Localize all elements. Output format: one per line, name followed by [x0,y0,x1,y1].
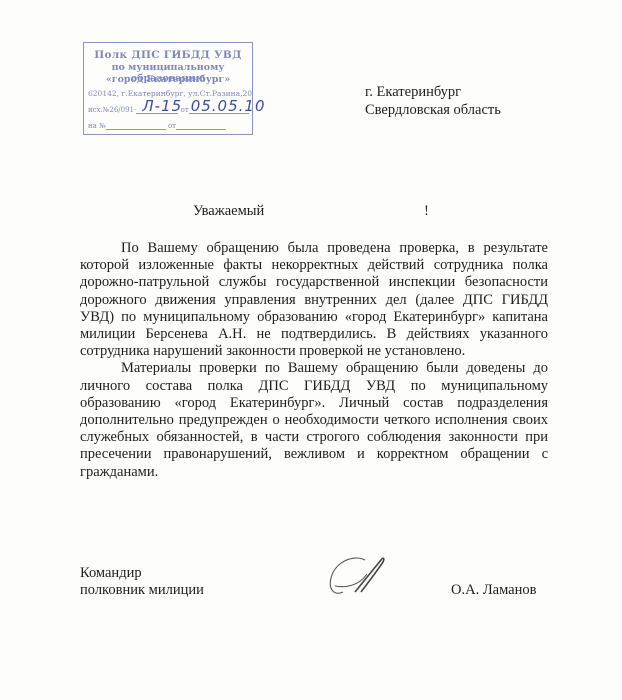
addressee-region: Свердловская область [365,101,501,119]
body-paragraph: По Вашему обращению была проведена прове… [80,240,548,360]
stamp-outgoing-row: исх.№26/091-Л-15 от05.05.10 [88,103,248,117]
signatory-title: Командир [80,565,204,582]
stamp-outgoing-prefix: исх.№26/091- [88,106,136,114]
stamp-reply-date-prefix: от [168,122,176,130]
greeting-exclamation: ! [424,203,429,220]
stamp-reply-date-field [176,119,226,130]
letter-body: По Вашему обращению была проведена прове… [80,240,548,481]
stamp-org-line3: «город Екатеринбург» [84,74,252,85]
greeting: Уважаемый ! [193,203,264,220]
stamp-outgoing-field: Л-15 [136,103,178,114]
letter-page: Полк ДПС ГИБДД УВД по муниципальному обр… [0,0,622,700]
signatory-position: Командир полковник милиции [80,565,204,599]
signatory-name: О.А. Ламанов [451,582,536,599]
stamp-org-line1: Полк ДПС ГИБДД УВД [84,49,252,61]
body-paragraph: Материалы проверки по Вашему обращению б… [80,360,548,480]
registration-stamp: Полк ДПС ГИБДД УВД по муниципальному обр… [83,42,253,135]
stamp-reply-row: на № от [88,119,248,130]
handwritten-date: 05.05.10 [191,97,266,115]
handwritten-outgoing-number: Л-15 [142,97,182,115]
greeting-salutation: Уважаемый [193,203,264,219]
stamp-reply-field [106,119,166,130]
addressee-city: г. Екатеринбург [365,83,501,101]
stamp-date-field: 05.05.10 [189,103,249,114]
stamp-reply-prefix: на № [88,122,106,130]
handwritten-signature-icon [325,552,395,600]
addressee-block: г. Екатеринбург Свердловская область [365,83,501,119]
signatory-rank: полковник милиции [80,582,204,599]
